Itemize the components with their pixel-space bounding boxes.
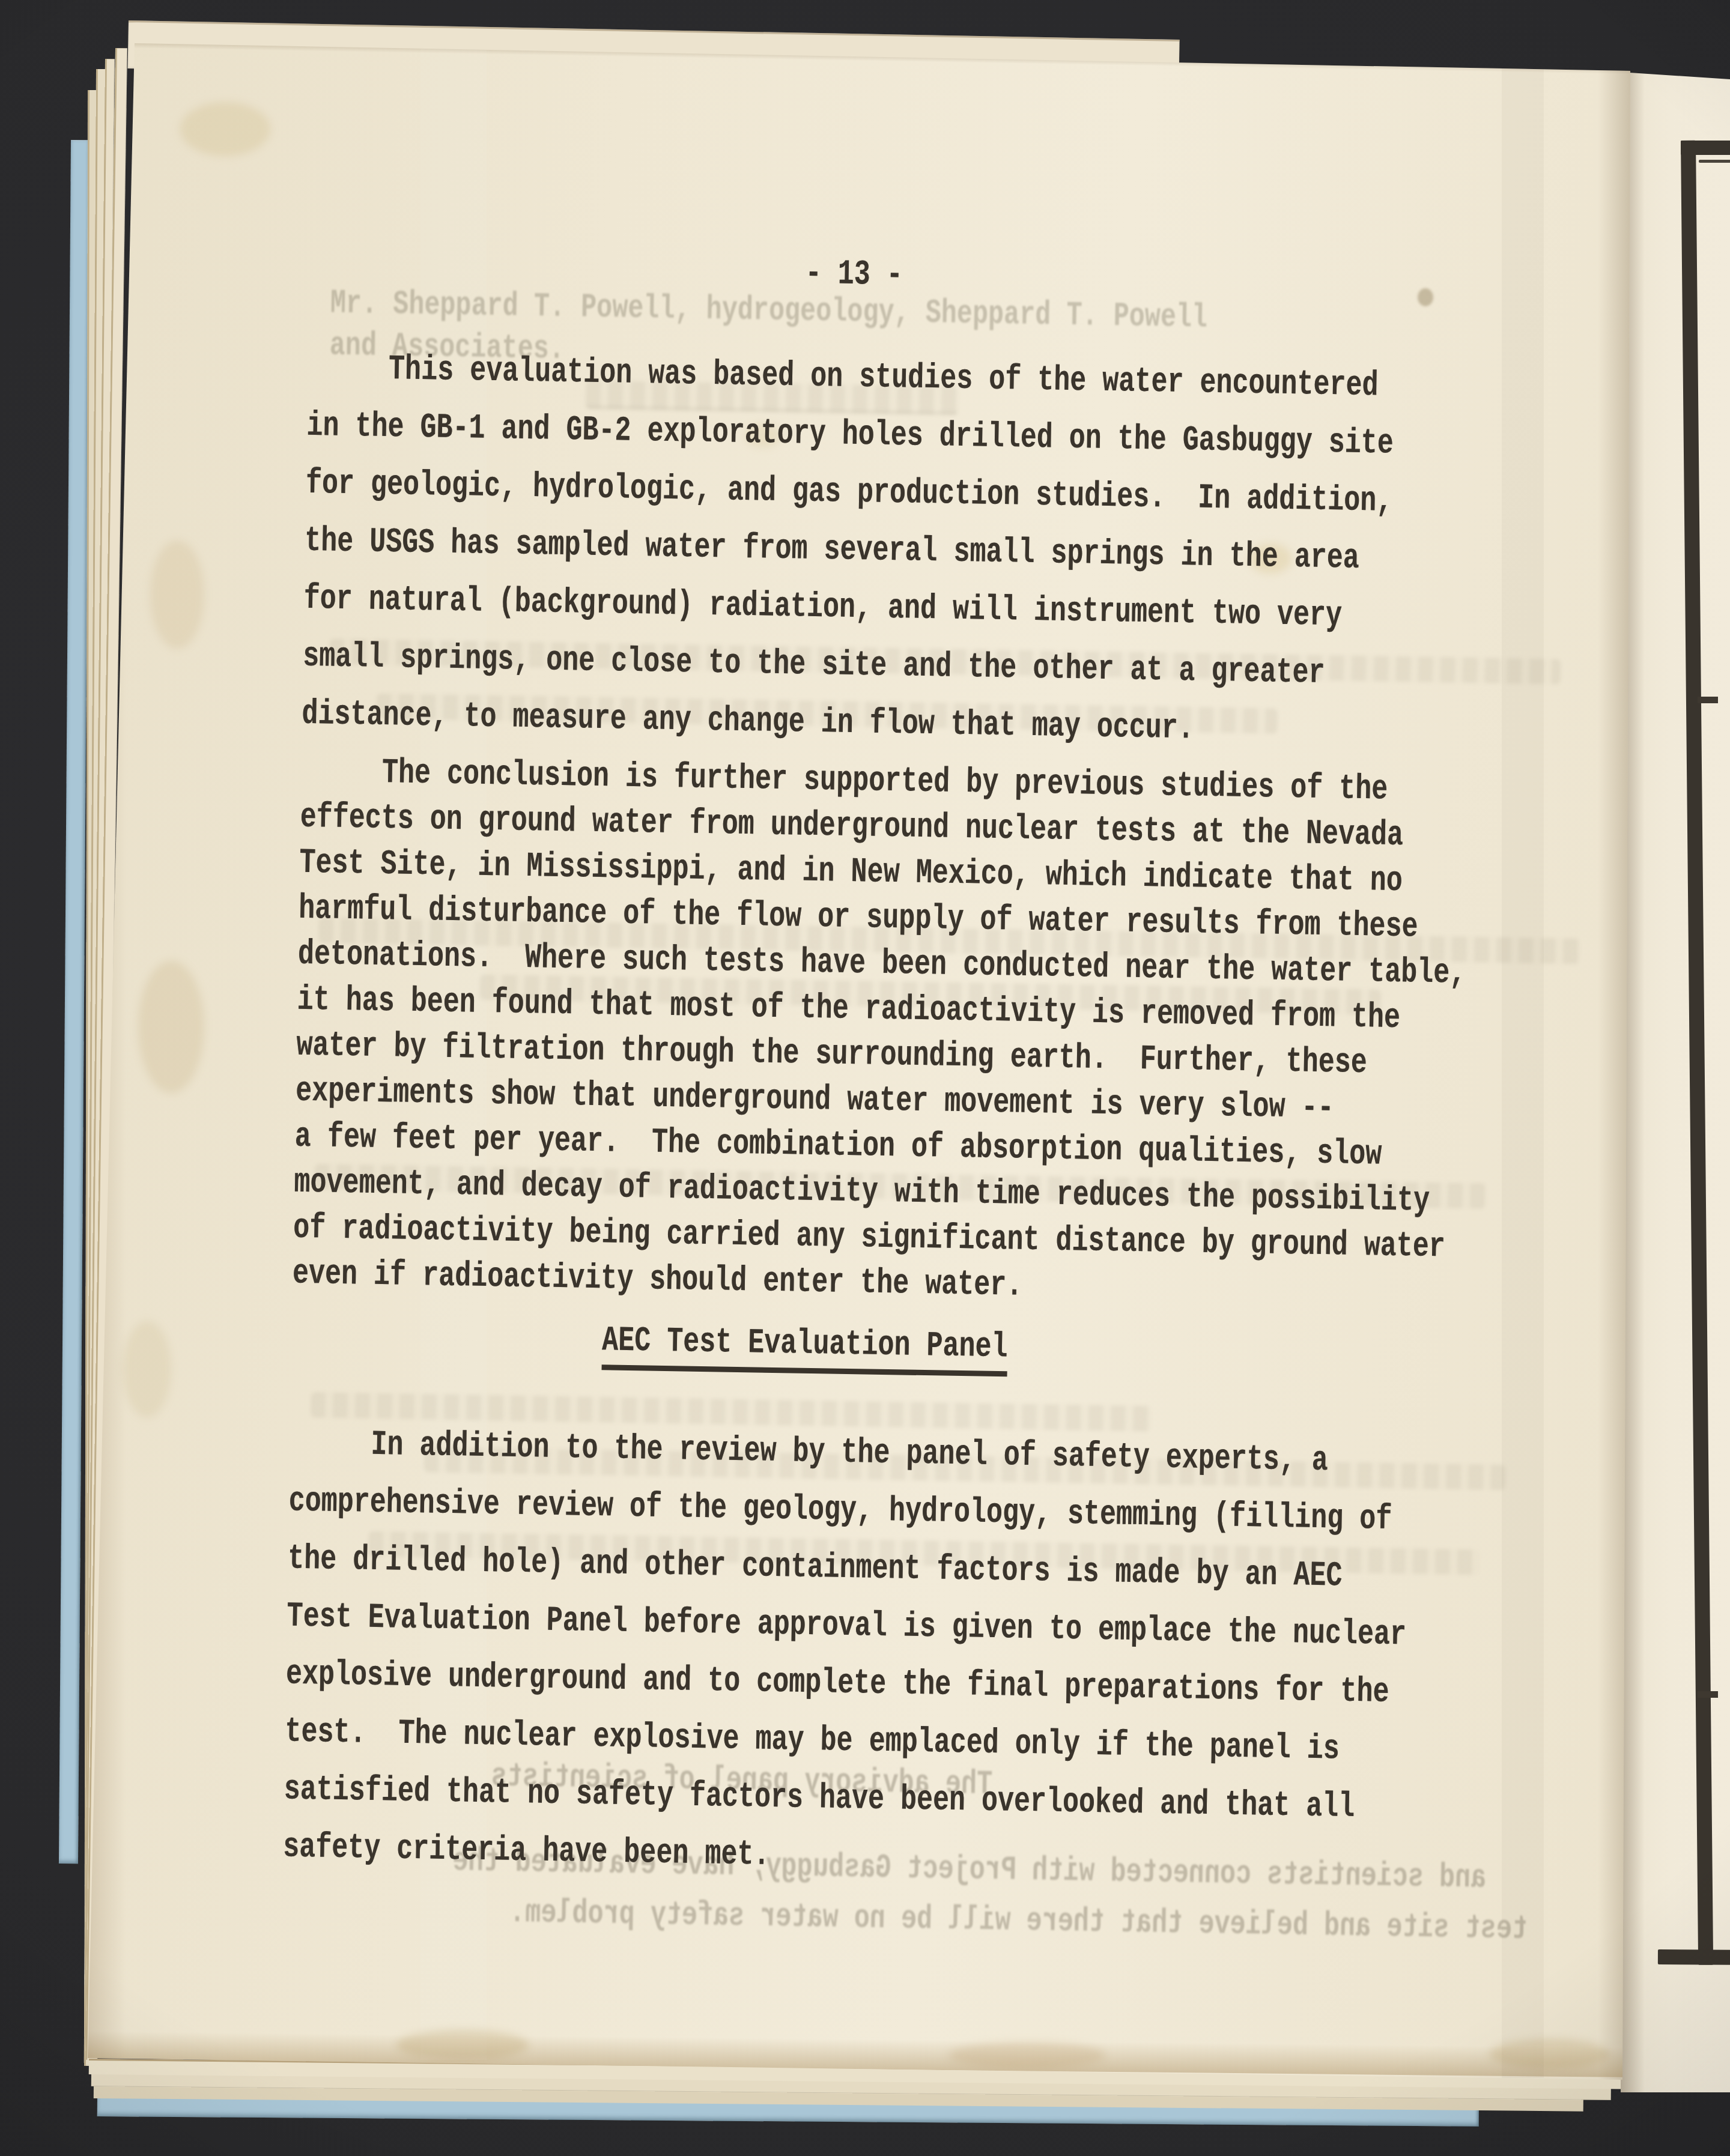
typed-line: the USGS has sampled water from several … <box>305 524 1359 577</box>
typed-line: Test Site, in Mississippi, and in New Me… <box>299 846 1403 899</box>
typed-line: a few feet per year. The combination of … <box>294 1120 1382 1173</box>
typed-line: in the GB-1 and GB-2 exploratory holes d… <box>306 409 1394 462</box>
figure-frame-bottom-bar <box>1658 1949 1730 1965</box>
typed-line: even if radioactivity should enter the w… <box>293 1257 1023 1304</box>
photographed-document-stack: - 13 - Mr. Sheppard T. Powell, hydrogeol… <box>0 0 1730 2156</box>
typed-line: Test Evaluation Panel before approval is… <box>287 1600 1406 1653</box>
figure-dashed-line <box>1698 1691 1730 1698</box>
typed-line: effects on ground water from underground… <box>300 801 1403 853</box>
typed-line: explosive underground and to complete th… <box>286 1658 1389 1710</box>
typed-line: experiments show that underground water … <box>296 1074 1334 1127</box>
typed-line: safety criteria have been met. <box>283 1830 770 1873</box>
page-number: - 13 - <box>805 257 903 294</box>
typed-line: This evaluation was based on studies of … <box>308 351 1379 404</box>
typed-line: small springs, one close to the site and… <box>303 640 1325 691</box>
figure-frame-inner-line <box>1699 160 1730 163</box>
ghost-smudge <box>311 1392 1152 1431</box>
typed-line: water by filtration through the surround… <box>296 1029 1367 1082</box>
section-heading: AEC Test Evaluation Panel <box>601 1324 1007 1376</box>
typed-line: satisfied that no safety factors have be… <box>284 1773 1355 1826</box>
figure-dashed-line <box>1698 697 1730 703</box>
typed-text-layer: - 13 - Mr. Sheppard T. Powell, hydrogeol… <box>101 44 1655 2128</box>
typed-line: The conclusion is further supported by p… <box>300 755 1388 808</box>
typed-line: for geologic, hydrologic, and gas produc… <box>305 467 1392 519</box>
ghost-text-line-mirrored: test site and believe that there will be… <box>509 1895 1528 1946</box>
typed-line: comprehensive review of the geology, hyd… <box>288 1485 1392 1537</box>
typed-line: test. The nuclear explosive may be empla… <box>285 1715 1340 1767</box>
figure-frame-top-bar <box>1681 141 1730 155</box>
ghost-text-line: Mr. Sheppard T. Powell, hydrogeology, Sh… <box>330 286 1207 334</box>
typed-line: for natural (background) radiation, and … <box>303 582 1342 634</box>
